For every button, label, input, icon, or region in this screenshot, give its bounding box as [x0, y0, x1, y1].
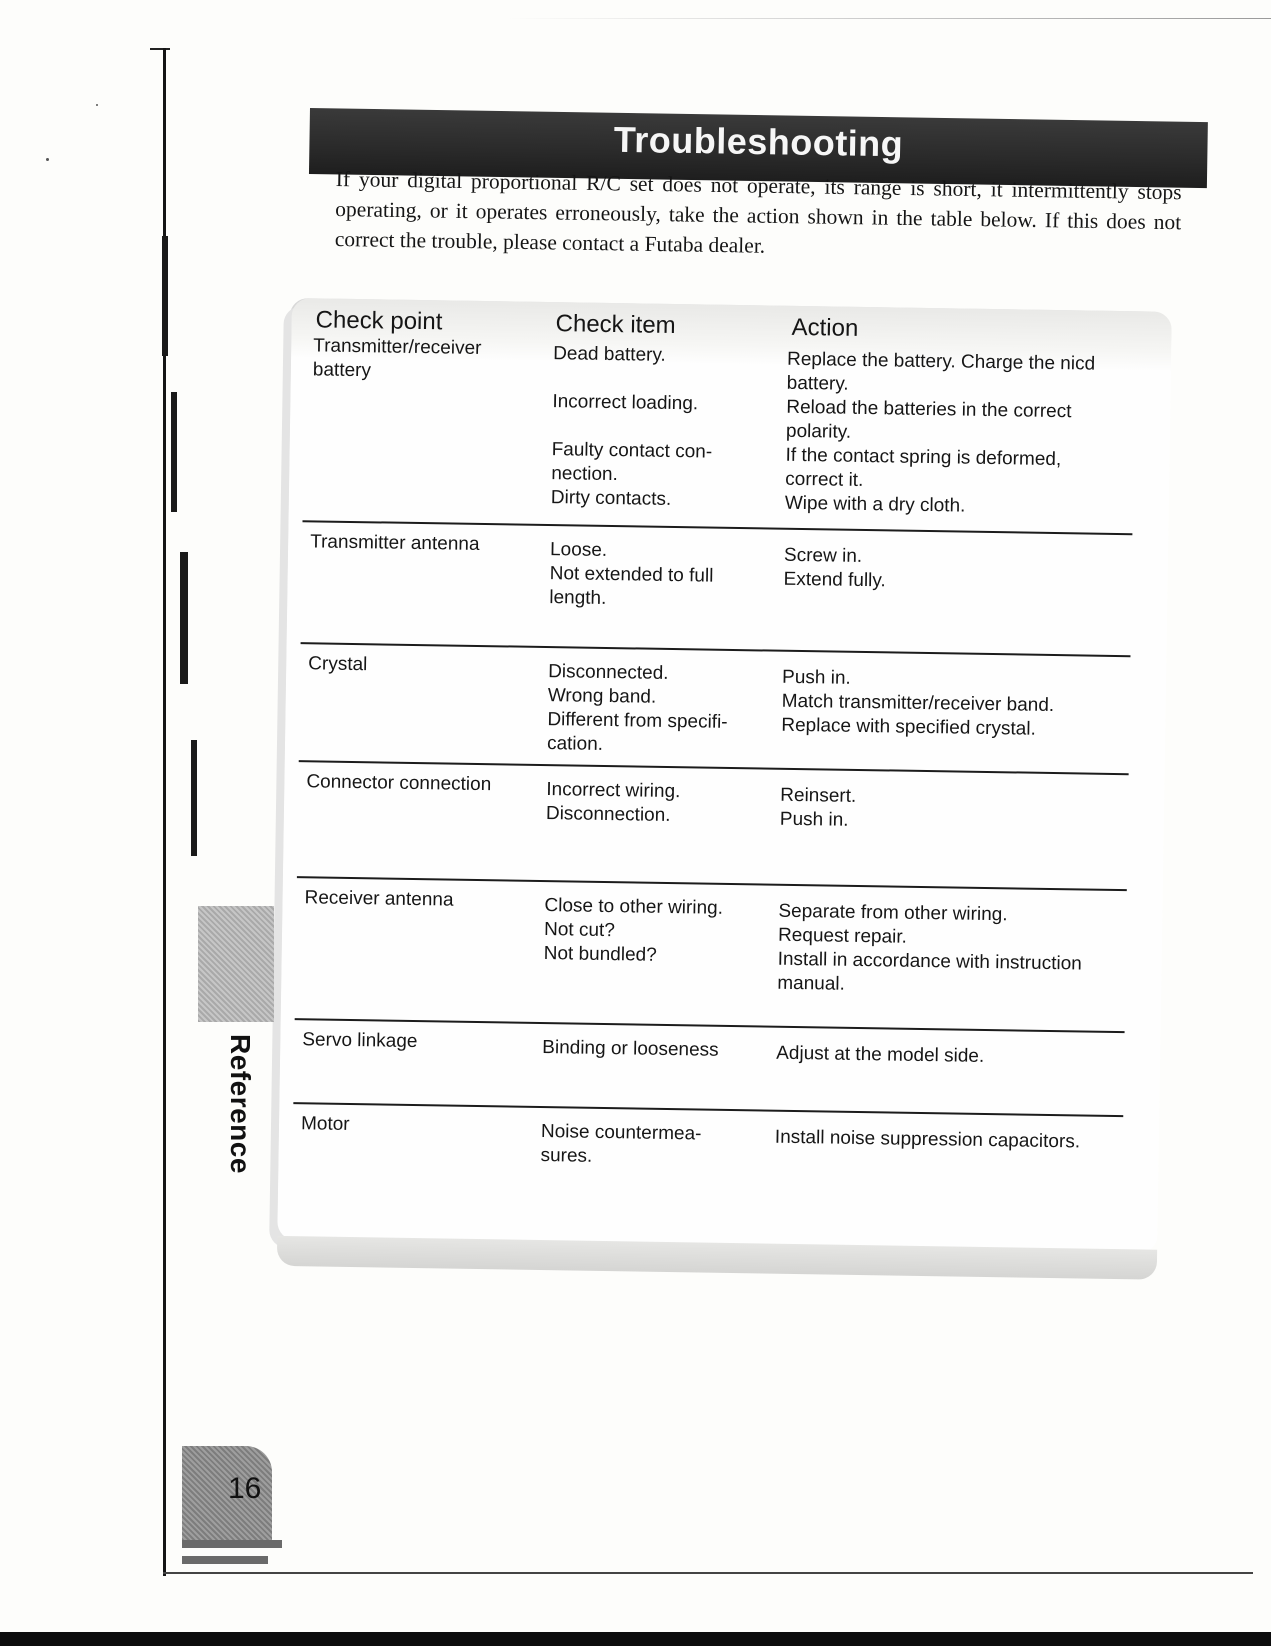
cell-line: Servo linkage: [302, 1028, 502, 1055]
cell-line: Adjust at the model side.: [776, 1042, 1116, 1071]
table-row: Transmitter/receiverbatteryDead battery.…: [305, 334, 1135, 347]
cell-line: length.: [549, 586, 749, 613]
section-tab-label: Reference: [226, 1034, 256, 1174]
action-cell: Push in.Match transmitter/receiver band.…: [781, 666, 1122, 743]
check-item-cell: Disconnected.Wrong band.Different from s…: [547, 660, 748, 759]
header-action: Action: [791, 314, 858, 343]
action-cell: Reinsert.Push in.: [780, 784, 1121, 837]
intro-paragraph: If your digital proportional R/C set doe…: [335, 164, 1182, 267]
margin-mark: [171, 392, 177, 512]
table-row: CrystalDisconnected.Wrong band.Different…: [301, 642, 1131, 655]
check-point-cell: Crystal: [308, 652, 508, 679]
check-point-cell: Transmitter/receiverbattery: [313, 334, 514, 385]
check-item-cell: Close to other wiring.Not cut?Not bundle…: [544, 894, 745, 969]
cell-line: nection.: [551, 462, 751, 489]
page-frame-corner: [150, 48, 170, 50]
cell-line: Wipe with a dry cloth.: [785, 492, 1125, 521]
page-number: 16: [228, 1472, 261, 1506]
table-row: Servo linkageBinding or loosenessAdjust …: [295, 1018, 1125, 1031]
header-check-item: Check item: [555, 310, 675, 340]
action-cell: Screw in.Extend fully.: [783, 544, 1124, 597]
cell-line: Incorrect wiring.: [546, 778, 746, 805]
cell-line: sures.: [540, 1144, 740, 1171]
header-check-point: Check point: [315, 306, 442, 336]
action-cell: Install noise suppression capacitors.: [775, 1126, 1115, 1155]
margin-mark: [191, 740, 197, 856]
scan-speck: [46, 158, 49, 161]
page-tab-stripe: [182, 1556, 268, 1564]
cell-line: Loose.: [550, 538, 750, 565]
cell-line: Dirty contacts.: [551, 486, 751, 513]
cell-line: Not cut?: [544, 918, 744, 945]
table-row: MotorNoise countermea-sures.Install nois…: [293, 1102, 1123, 1115]
cell-line: Wrong band.: [548, 684, 748, 711]
action-cell: Adjust at the model side.: [776, 1042, 1116, 1071]
margin-mark: [180, 552, 188, 684]
table-row: Receiver antennaClose to other wiring.No…: [297, 876, 1127, 889]
cell-line: Not bundled?: [544, 942, 744, 969]
section-tab-marker: [198, 906, 274, 1022]
check-point-cell: Servo linkage: [302, 1028, 502, 1055]
scan-bottom-edge: [0, 1632, 1271, 1646]
check-point-cell: Transmitter antenna: [310, 530, 510, 557]
cell-line: [553, 366, 753, 393]
cell-line: Install noise suppression capacitors.: [775, 1126, 1115, 1155]
table-row: Transmitter antennaLoose.Not extended to…: [303, 520, 1133, 533]
check-item-cell: Dead battery.Incorrect loading.Faulty co…: [551, 342, 754, 513]
action-cell: Separate from other wiring.Request repai…: [777, 900, 1118, 1001]
cell-line: Receiver antenna: [304, 886, 504, 913]
cell-line: Not extended to full: [550, 562, 750, 589]
check-point-cell: Receiver antenna: [304, 886, 504, 913]
cell-line: Transmitter/receiver: [313, 334, 513, 361]
check-item-cell: Loose.Not extended to fulllength.: [549, 538, 750, 613]
cell-line: Disconnection.: [546, 802, 746, 829]
cell-line: Close to other wiring.: [544, 894, 744, 921]
cell-line: Replace with specified crystal.: [781, 714, 1121, 743]
scan-speck: [96, 104, 98, 106]
margin-mark: [162, 236, 168, 356]
cell-line: Dead battery.: [553, 342, 753, 369]
cell-line: [552, 414, 752, 441]
scan-top-edge: [0, 18, 1271, 19]
cell-line: Different from specifi-: [547, 708, 747, 735]
action-cell: Replace the battery. Charge the nicdbatt…: [785, 348, 1128, 521]
table-row: Connector connectionIncorrect wiring.Dis…: [299, 760, 1129, 773]
page-tab-stripe: [182, 1540, 282, 1548]
check-point-cell: Motor: [301, 1112, 501, 1139]
check-point-cell: Connector connection: [306, 770, 506, 797]
cell-line: Push in.: [780, 808, 1120, 837]
cell-line: Motor: [301, 1112, 501, 1139]
cell-line: Noise countermea-: [541, 1120, 741, 1147]
troubleshooting-table: Check point Check item Action Transmitte…: [277, 298, 1172, 1254]
check-item-cell: Incorrect wiring.Disconnection.: [546, 778, 747, 829]
cell-line: Faulty contact con-: [551, 438, 751, 465]
check-item-cell: Binding or looseness: [542, 1036, 742, 1063]
cell-line: Transmitter antenna: [310, 530, 510, 557]
cell-line: Crystal: [308, 652, 508, 679]
cell-line: Extend fully.: [783, 568, 1123, 597]
page-title: Troubleshooting: [309, 114, 1208, 170]
panel-shadow: [277, 1236, 1157, 1280]
cell-line: Disconnected.: [548, 660, 748, 687]
page-frame-bottom: [163, 1572, 1253, 1574]
cell-line: battery: [313, 358, 513, 385]
cell-line: Incorrect loading.: [552, 390, 752, 417]
check-item-cell: Noise countermea-sures.: [540, 1120, 741, 1171]
cell-line: Binding or looseness: [542, 1036, 742, 1063]
cell-line: cation.: [547, 732, 747, 759]
cell-line: Connector connection: [306, 770, 506, 797]
